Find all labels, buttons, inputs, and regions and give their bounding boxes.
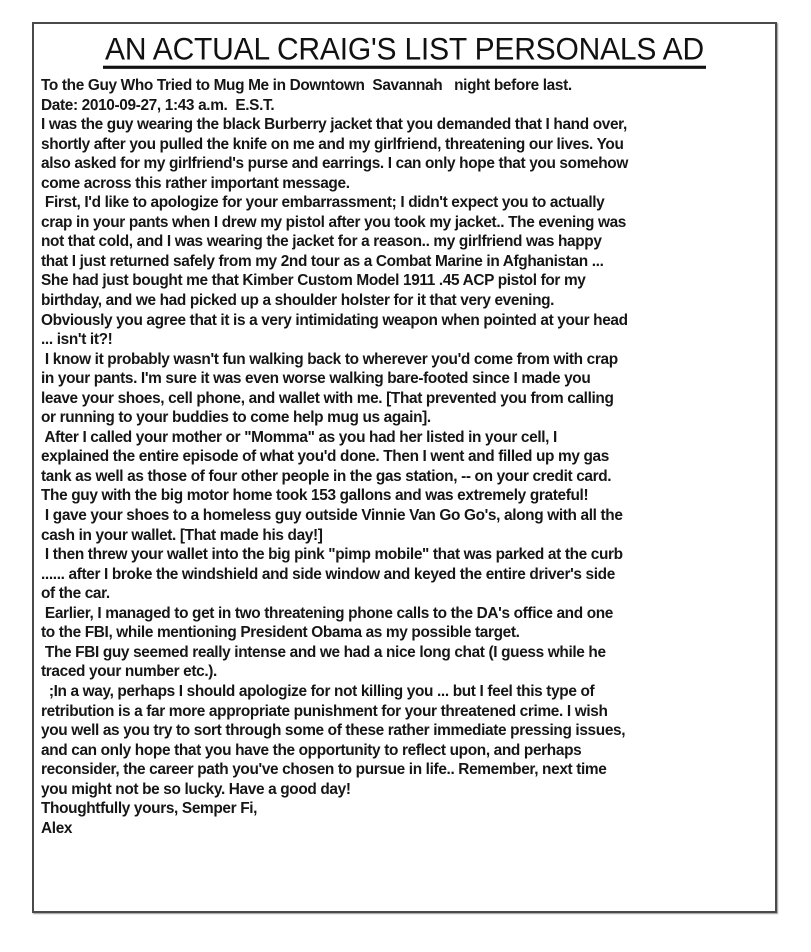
title-text: AN ACTUAL CRAIG'S LIST PERSONALS AD (103, 34, 706, 69)
body-line: I was the guy wearing the black Burberry… (41, 115, 769, 135)
body-line: The guy with the big motor home took 153… (41, 486, 769, 506)
body-line: and can only hope that you have the oppo… (41, 741, 769, 761)
ad-frame: AN ACTUAL CRAIG'S LIST PERSONALS AD To t… (32, 22, 777, 913)
body-line: also asked for my girlfriend's purse and… (41, 154, 769, 174)
signoff-line: Thoughtfully yours, Semper Fi, (41, 799, 769, 819)
body-line: ...... after I broke the windshield and … (41, 565, 769, 585)
body-line: leave your shoes, cell phone, and wallet… (41, 389, 769, 409)
date-line: Date: 2010-09-27, 1:43 a.m. E.S.T. (41, 96, 769, 116)
body-line: Earlier, I managed to get in two threate… (41, 604, 769, 624)
body-line: ;In a way, perhaps I should apologize fo… (41, 682, 769, 702)
body-line: I know it probably wasn't fun walking ba… (41, 350, 769, 370)
body-line: or running to your buddies to come help … (41, 408, 769, 428)
body-line: I then threw your wallet into the big pi… (41, 545, 769, 565)
body-line: come across this rather important messag… (41, 174, 769, 194)
body-line: retribution is a far more appropriate pu… (41, 702, 769, 722)
body-line: traced your number etc.). (41, 662, 769, 682)
body-line: shortly after you pulled the knife on me… (41, 135, 769, 155)
body-line: Obviously you agree that it is a very in… (41, 311, 769, 331)
body-line: not that cold, and I was wearing the jac… (41, 232, 769, 252)
body-line: of the car. (41, 584, 769, 604)
body-line: that I just returned safely from my 2nd … (41, 252, 769, 272)
body-line: birthday, and we had picked up a shoulde… (41, 291, 769, 311)
body-line: in your pants. I'm sure it was even wors… (41, 369, 769, 389)
body-line: to the FBI, while mentioning President O… (41, 623, 769, 643)
body-line: you well as you try to sort through some… (41, 721, 769, 741)
body-line: First, I'd like to apologize for your em… (41, 193, 769, 213)
body-line: cash in your wallet. [That made his day!… (41, 526, 769, 546)
body-line: reconsider, the career path you've chose… (41, 760, 769, 780)
ad-body: To the Guy Who Tried to Mug Me in Downto… (41, 76, 769, 838)
body-line: you might not be so lucky. Have a good d… (41, 780, 769, 800)
body-line: crap in your pants when I drew my pistol… (41, 213, 769, 233)
body-line: I gave your shoes to a homeless guy outs… (41, 506, 769, 526)
body-line: After I called your mother or "Momma" as… (41, 428, 769, 448)
body-line: explained the entire episode of what you… (41, 447, 769, 467)
body-line: ... isn't it?! (41, 330, 769, 350)
body-line: tank as well as those of four other peop… (41, 467, 769, 487)
signature: Alex (41, 819, 769, 839)
page-title: AN ACTUAL CRAIG'S LIST PERSONALS AD (34, 33, 775, 69)
subject-line: To the Guy Who Tried to Mug Me in Downto… (41, 76, 769, 96)
body-line: The FBI guy seemed really intense and we… (41, 643, 769, 663)
body-line: She had just bought me that Kimber Custo… (41, 271, 769, 291)
